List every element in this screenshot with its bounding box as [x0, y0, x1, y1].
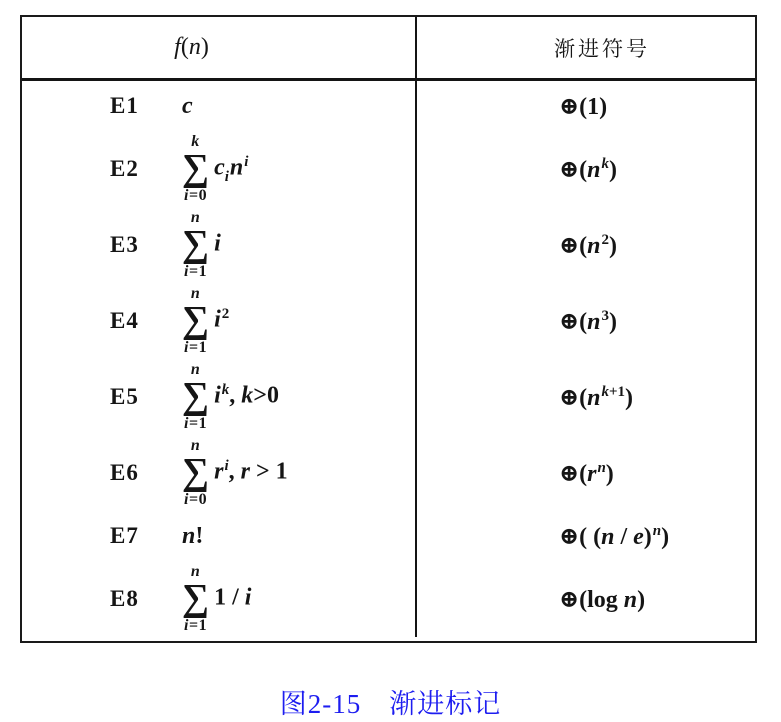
- row-label: E5: [110, 384, 182, 410]
- row-label: E3: [110, 232, 182, 258]
- notation-cell: ⊕(nk+1): [417, 359, 755, 435]
- row-label: E1: [110, 93, 182, 119]
- header-fn-formula: f(n): [174, 34, 209, 61]
- header-cell-notation: 渐进符号: [417, 17, 755, 78]
- table-row: E2k∑i=0cini⊕(nk): [22, 131, 755, 207]
- summation-symbol: n∑i=0: [182, 438, 209, 508]
- summation-symbol: k∑i=0: [182, 134, 209, 204]
- row-label: E2: [110, 156, 182, 182]
- notation-cell: ⊕(n2): [417, 207, 755, 283]
- table-row: E4n∑i=1i2⊕(n3): [22, 283, 755, 359]
- formula-expression: n∑i=0ri, r > 1: [182, 438, 288, 508]
- book-page: f(n) 渐进符号 E1c⊕(1)E2k∑i=0cini⊕(nk)E3n∑i=1…: [0, 0, 781, 722]
- formula-expression: n∑i=1i2: [182, 286, 229, 356]
- figure-caption: 图2-15 渐进标记: [0, 682, 781, 721]
- fn-cell: E3n∑i=1i: [22, 207, 417, 283]
- fn-cell: E5n∑i=1ik, k>0: [22, 359, 417, 435]
- notation-cell: ⊕(1): [417, 81, 755, 131]
- notation-cell: ⊕(nk): [417, 131, 755, 207]
- notation-cell: ⊕( (n / e)n): [417, 511, 755, 561]
- table-row: E1c⊕(1): [22, 81, 755, 131]
- asymptotic-notation: ⊕(log n): [559, 584, 645, 614]
- fn-cell: E8n∑i=11 / i: [22, 561, 417, 637]
- summation-symbol: n∑i=1: [182, 362, 209, 432]
- row-label: E4: [110, 308, 182, 334]
- fn-cell: E7n!: [22, 511, 417, 561]
- asymptotic-notation-table: f(n) 渐进符号 E1c⊕(1)E2k∑i=0cini⊕(nk)E3n∑i=1…: [20, 15, 757, 643]
- table-row: E7n!⊕( (n / e)n): [22, 511, 755, 561]
- notation-cell: ⊕(rn): [417, 435, 755, 511]
- fn-cell: E1c: [22, 81, 417, 131]
- fn-cell: E2k∑i=0cini: [22, 131, 417, 207]
- table-row: E5n∑i=1ik, k>0⊕(nk+1): [22, 359, 755, 435]
- asymptotic-notation: ⊕(1): [559, 91, 607, 121]
- formula-expression: n!: [182, 523, 203, 550]
- notation-cell: ⊕(log n): [417, 561, 755, 637]
- formula-expression: n∑i=11 / i: [182, 564, 251, 634]
- formula-expression: n∑i=1i: [182, 210, 221, 280]
- summation-symbol: n∑i=1: [182, 210, 209, 280]
- formula-expression: k∑i=0cini: [182, 134, 248, 204]
- fn-cell: E6n∑i=0ri, r > 1: [22, 435, 417, 511]
- header-cell-fn: f(n): [22, 17, 417, 78]
- fn-cell: E4n∑i=1i2: [22, 283, 417, 359]
- asymptotic-notation: ⊕(rn): [559, 458, 614, 488]
- formula-expression: c: [182, 93, 193, 120]
- formula-expression: n∑i=1ik, k>0: [182, 362, 279, 432]
- notation-cell: ⊕(n3): [417, 283, 755, 359]
- table-row: E3n∑i=1i⊕(n2): [22, 207, 755, 283]
- summation-symbol: n∑i=1: [182, 564, 209, 634]
- summation-symbol: n∑i=1: [182, 286, 209, 356]
- asymptotic-notation: ⊕(n3): [559, 306, 617, 336]
- asymptotic-notation: ⊕(nk+1): [559, 382, 633, 412]
- row-label: E8: [110, 586, 182, 612]
- asymptotic-notation: ⊕(nk): [559, 154, 617, 184]
- row-label: E6: [110, 460, 182, 486]
- table-header-row: f(n) 渐进符号: [22, 17, 755, 81]
- row-label: E7: [110, 523, 182, 549]
- asymptotic-notation: ⊕( (n / e)n): [559, 521, 669, 551]
- table-row: E6n∑i=0ri, r > 1⊕(rn): [22, 435, 755, 511]
- table-body: E1c⊕(1)E2k∑i=0cini⊕(nk)E3n∑i=1i⊕(n2)E4n∑…: [22, 81, 755, 637]
- asymptotic-notation: ⊕(n2): [559, 230, 617, 260]
- header-notation-label: 渐进符号: [554, 33, 650, 63]
- table-row: E8n∑i=11 / i⊕(log n): [22, 561, 755, 637]
